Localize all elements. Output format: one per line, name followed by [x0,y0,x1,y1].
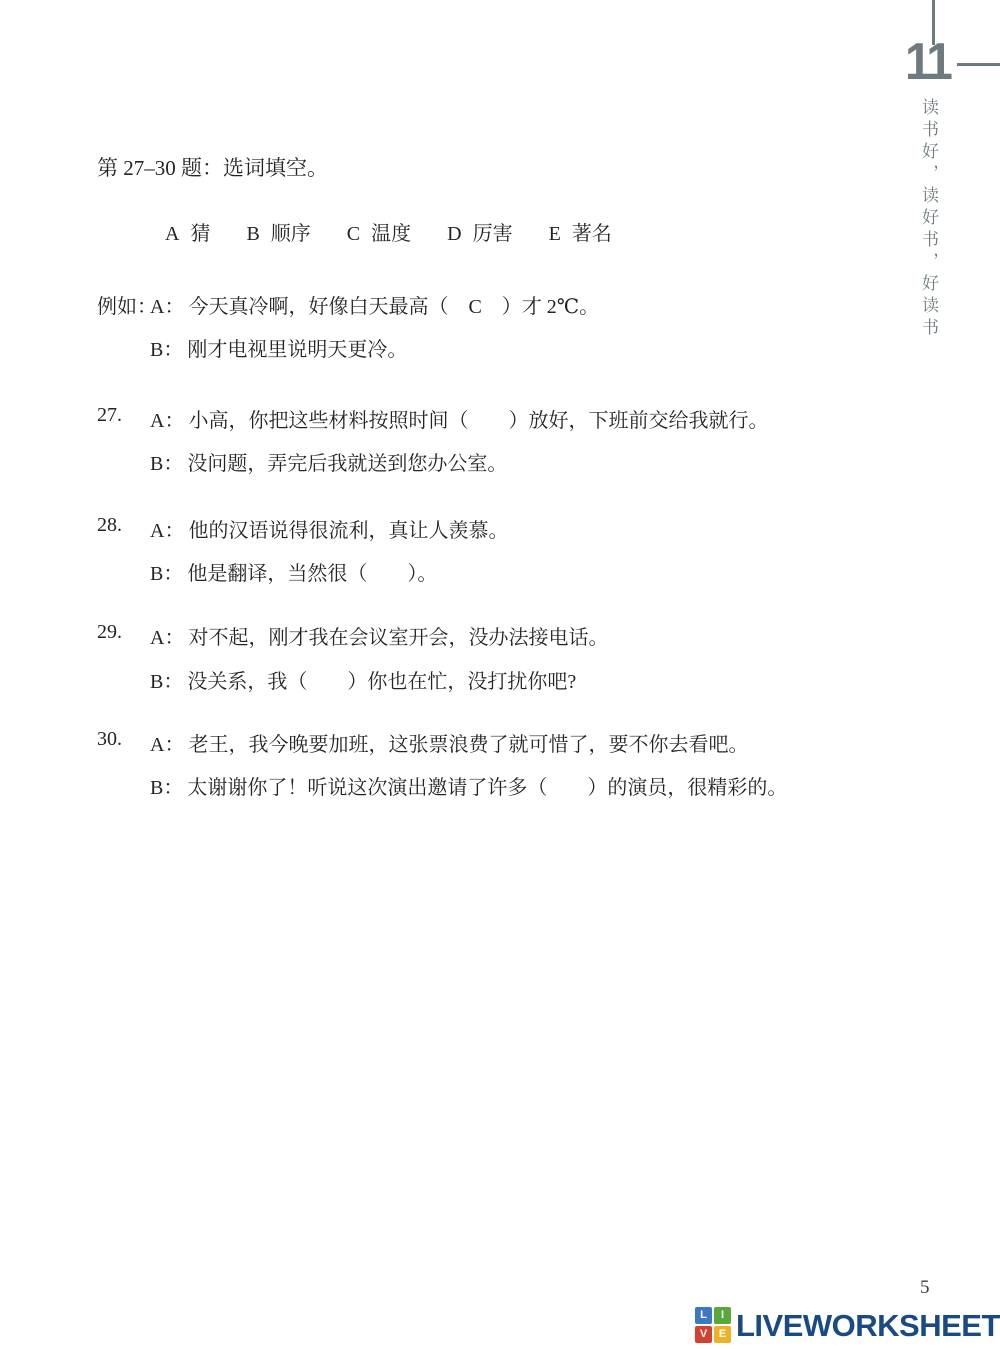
question-30-line-a: A：老王，我今晚要加班，这张票浪费了就可惜了，要不你去看吧。 [150,728,748,757]
word-bank-option-c: C温度 [347,217,411,246]
dialog-text: 他是翻译，当然很（ ）。 [187,563,437,585]
logo-tile-l: L [695,1307,712,1324]
logo-tile-i: I [714,1307,731,1324]
page-number: 5 [920,1277,930,1299]
option-letter: B [246,223,259,246]
speaker-a: A： [150,404,184,433]
word-bank-option-b: B顺序 [246,217,310,246]
question-30-line-b: B：太谢谢你了！听说这次演出邀请了许多（ ）的演员，很精彩的。 [150,771,787,800]
section-title: 第 27–30 题：选词填空。 [97,152,328,182]
dialog-text: 小高，你把这些材料按照时间（ ）放好，下班前交给我就行。 [188,410,768,432]
logo-tile-v: V [695,1326,712,1343]
speaker-a: A： [150,514,184,543]
question-29-line-b: B：没关系，我（ ）你也在忙，没打扰你吧? [150,665,576,694]
speaker-b: B： [150,771,183,800]
liveworksheets-wordmark: LIVEWORKSHEETS [736,1310,1000,1341]
question-number-29: 29. [97,621,122,644]
dialog-text: 刚才电视里说明天更冷。 [187,339,407,361]
question-27-line-b: B：没问题，弄完后我就送到您办公室。 [150,447,507,476]
dialog-text: 他的汉语说得很流利，真让人羡慕。 [188,520,508,542]
chapter-number: 11 [905,36,950,88]
example-line-b: B：刚才电视里说明天更冷。 [150,333,407,362]
question-28-line-b: B：他是翻译，当然很（ ）。 [150,557,437,586]
option-word: 著名 [572,223,612,245]
example-line-a: A：今天真冷啊，好像白天最高（ C ）才 2℃。 [150,290,599,319]
option-word: 温度 [371,223,411,245]
option-letter: A [165,223,179,246]
option-letter: E [549,223,561,246]
speaker-a: A： [150,728,184,757]
option-letter: D [447,223,461,246]
question-29-line-a: A：对不起，刚才我在会议室开会，没办法接电话。 [150,621,608,650]
word-bank-option-d: D厉害 [447,217,512,246]
dialog-text: 太谢谢你了！听说这次演出邀请了许多（ ）的演员，很精彩的。 [187,777,787,799]
question-27-line-a: A：小高，你把这些材料按照时间（ ）放好，下班前交给我就行。 [150,404,768,433]
question-number-30: 30. [97,728,122,751]
dialog-text: 今天真冷啊，好像白天最高（ C ）才 2℃。 [188,296,599,318]
option-word: 顺序 [271,223,311,245]
dialog-text: 没关系，我（ ）你也在忙，没打扰你吧? [187,671,576,693]
question-number-28: 28. [97,514,122,537]
liveworksheets-logo[interactable]: L I V E LIVEWORKSHEETS [695,1307,1000,1343]
chapter-horizontal-rule [957,63,1000,66]
option-letter: C [347,223,360,246]
word-bank-option-e: E著名 [549,217,612,246]
speaker-b: B： [150,447,183,476]
speaker-b: B： [150,333,183,362]
word-bank: A猜 B顺序 C温度 D厉害 E著名 [165,217,612,246]
word-bank-option-a: A猜 [165,217,210,246]
option-word: 厉害 [473,223,513,245]
speaker-a: A： [150,290,184,319]
question-28-line-a: A：他的汉语说得很流利，真让人羡慕。 [150,514,508,543]
question-number-27: 27. [97,404,122,427]
option-word: 猜 [190,223,210,245]
logo-tile-e: E [714,1326,731,1343]
dialog-text: 没问题，弄完后我就送到您办公室。 [187,453,507,475]
dialog-text: 老王，我今晚要加班，这张票浪费了就可惜了，要不你去看吧。 [188,734,748,756]
speaker-b: B： [150,557,183,586]
speaker-a: A： [150,621,184,650]
dialog-text: 对不起，刚才我在会议室开会，没办法接电话。 [188,627,608,649]
speaker-b: B： [150,665,183,694]
example-label: 例如： [97,290,157,319]
liveworksheets-logo-icon: L I V E [695,1307,731,1343]
chapter-motto-vertical-text: 读书好，读好书，好读书 [916,98,941,340]
